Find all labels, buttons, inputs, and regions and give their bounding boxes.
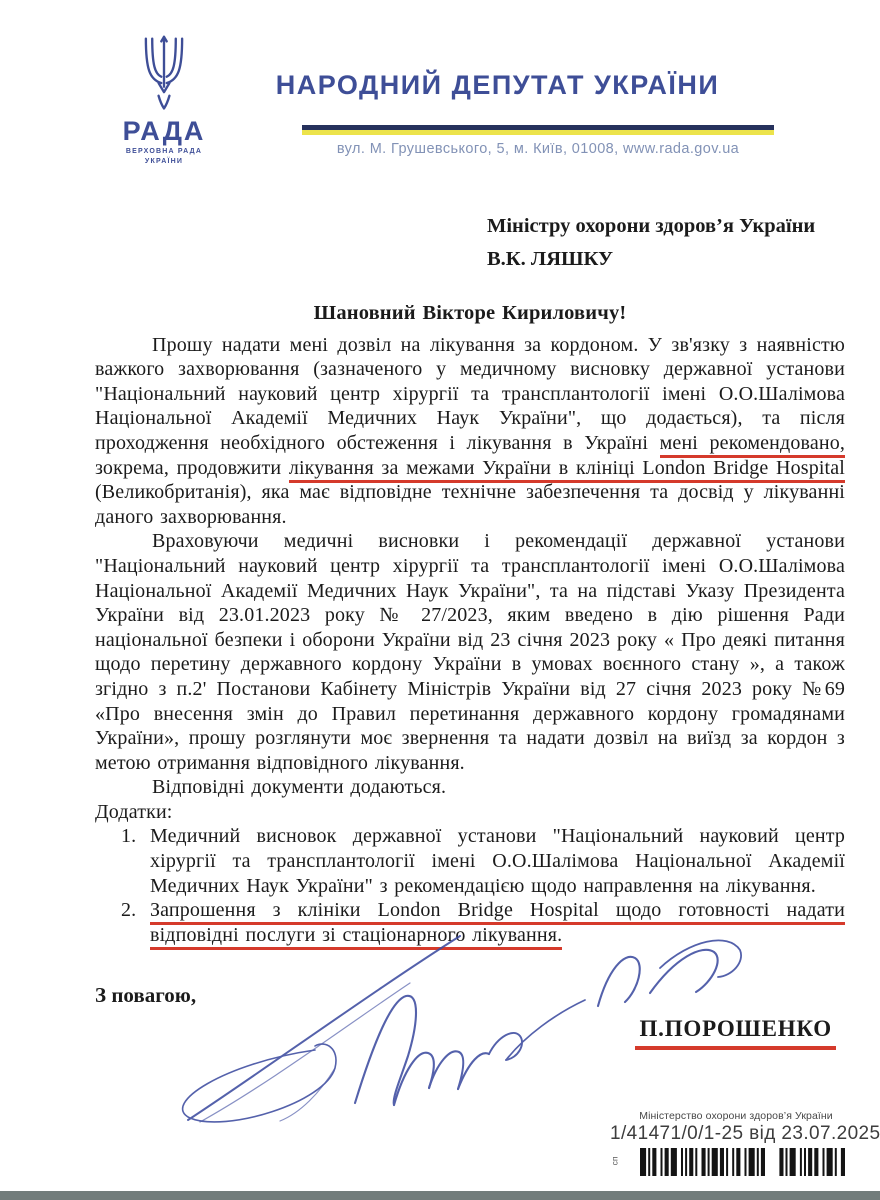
attachment-1-number: 1. — [121, 824, 136, 849]
registration-stamp: Міністерство охорони здоров’я України 1/… — [610, 1110, 862, 1178]
paragraph-1: Прошу надати мені дозвіл на лікування за… — [95, 333, 845, 530]
stamp-org-line: Міністерство охорони здоров’я України — [610, 1110, 862, 1122]
recipient-block: Міністру охорони здоров’я України В.К. Л… — [487, 210, 815, 276]
scan-edge-strip — [0, 1191, 880, 1200]
rada-logo: РАДА ВЕРХОВНА РАДА УКРАЇНИ — [100, 34, 228, 166]
letter-page: РАДА ВЕРХОВНА РАДА УКРАЇНИ НАРОДНИЙ ДЕПУ… — [0, 0, 880, 1200]
stamp-registration-number: 1/41471/0/1-25 від 23.07.2025 — [610, 1123, 862, 1145]
letter-body: Шановний Вікторе Кириловичу! Прошу надат… — [95, 301, 845, 947]
recipient-line-2: В.К. ЛЯШКУ — [487, 243, 815, 276]
attachments-label: Додатки: — [95, 800, 845, 825]
attachment-1-text: Медичний висновок державної установи "На… — [150, 825, 845, 896]
divider-yellow-line — [302, 130, 774, 135]
attachment-item-1: 1. Медичний висновок державної установи … — [95, 824, 845, 898]
logo-subtitle-line1: ВЕРХОВНА РАДА — [100, 148, 228, 157]
attachment-2-number: 2. — [121, 898, 136, 923]
stamp-barcode-row: сп — [610, 1148, 862, 1178]
stamp-side-label: сп — [609, 1157, 619, 1166]
paragraph-2: Враховуючи медичні висновки і рекомендац… — [95, 529, 845, 775]
barcode-icon — [640, 1148, 847, 1176]
logo-wordmark: РАДА — [100, 116, 228, 147]
closing-regards: З повагою, — [95, 983, 196, 1008]
trident-icon — [135, 34, 193, 114]
divider-rule — [302, 125, 774, 135]
attachment-2-text: Запрошення з клініки London Bridge Hospi… — [150, 899, 845, 950]
signer-name: П.ПОРОШЕНКО — [635, 1016, 836, 1050]
letterhead-title: НАРОДНИЙ ДЕПУТАТ УКРАЇНИ — [240, 70, 755, 101]
letterhead-address: вул. М. Грушевського, 5, м. Київ, 01008,… — [252, 141, 824, 157]
logo-subtitle-line2: УКРАЇНИ — [100, 158, 228, 167]
salutation: Шановний Вікторе Кириловичу! — [95, 301, 845, 326]
paragraph-3: Відповідні документи додаються. — [95, 775, 845, 800]
recipient-line-1: Міністру охорони здоров’я України — [487, 210, 815, 243]
attachment-item-2: 2. Запрошення з клініки London Bridge Ho… — [95, 898, 845, 947]
